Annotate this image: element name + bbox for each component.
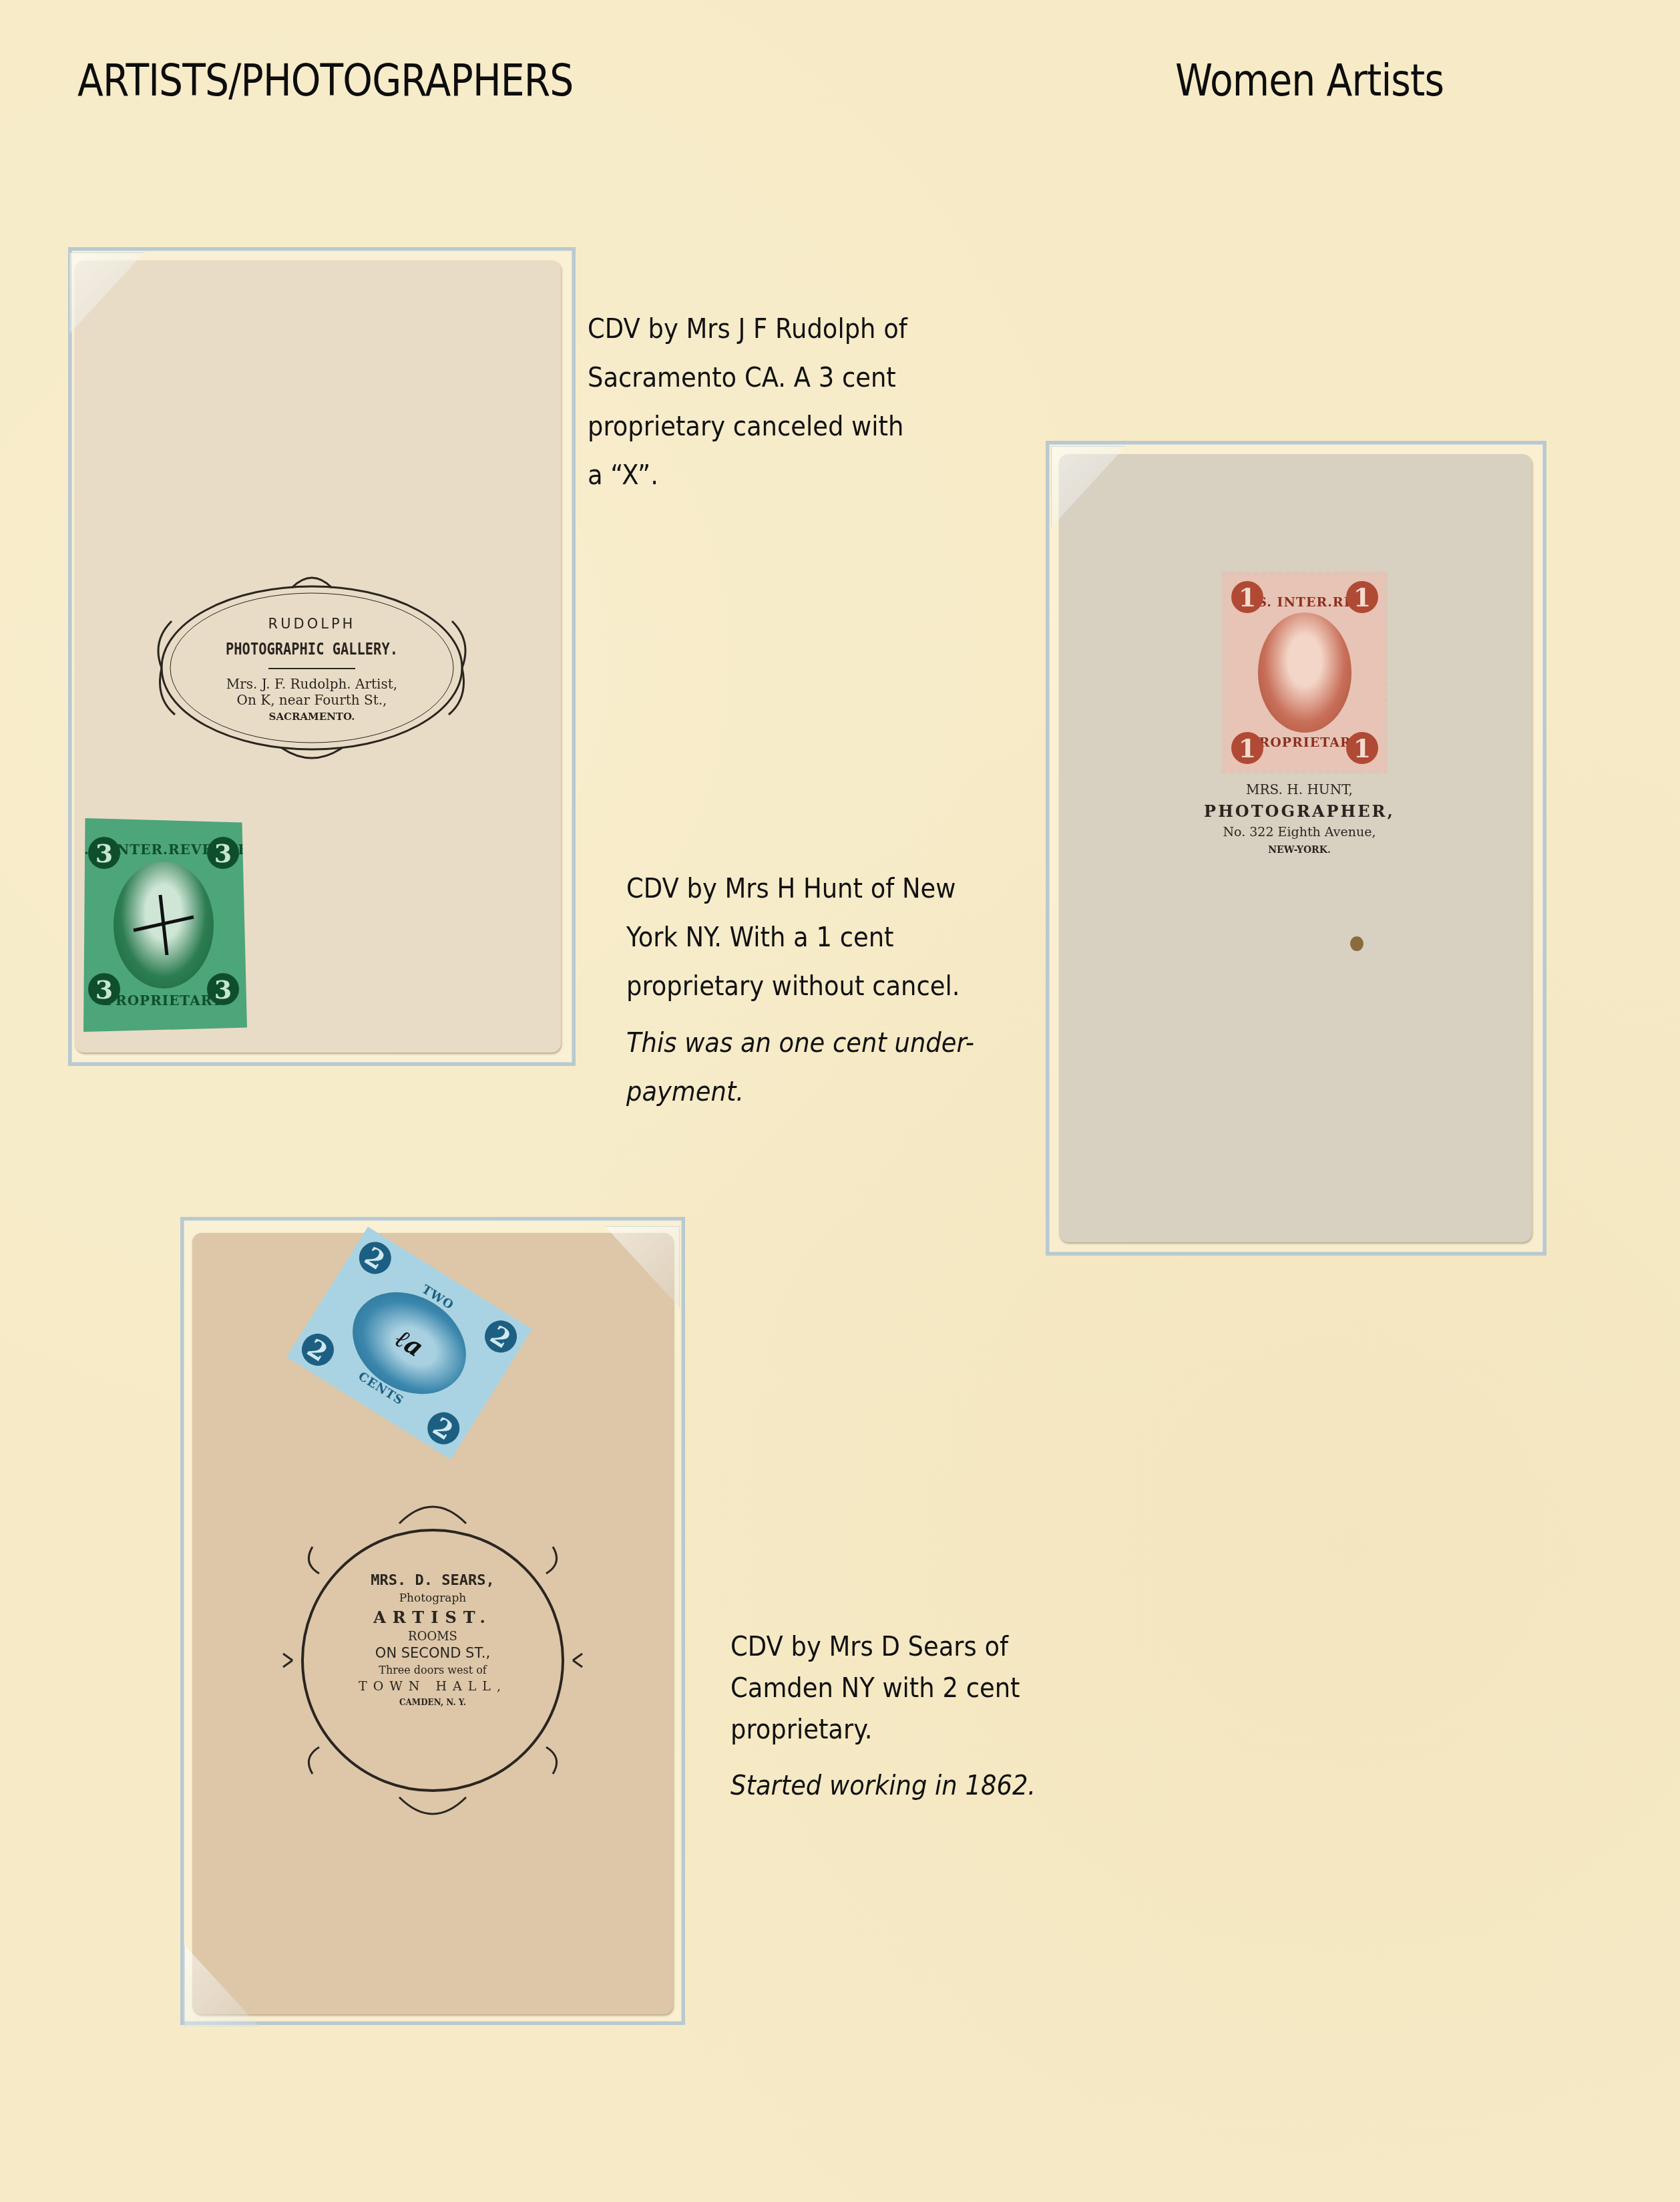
imprint-hunt: MRS. H. HUNT, PHOTOGRAPHER, No. 322 Eigh… <box>1159 781 1440 856</box>
ornamental-frame-icon <box>148 568 475 768</box>
cdv-card-hunt[interactable]: U.S. INTER.REV. PROPRIETARY 1 1 1 1 MRS.… <box>1059 454 1532 1242</box>
caption-note: Started working in 1862. <box>730 1765 1036 1806</box>
denomination: 1 <box>1231 732 1263 764</box>
manuscript-cancel-icon: ℓa <box>389 1323 429 1364</box>
denomination: 1 <box>1346 732 1378 764</box>
stamp-bottom-text: PROPRIETARY <box>1249 735 1361 750</box>
caption-note: This was an one cent under- <box>626 1019 974 1067</box>
revenue-stamp-2-cent: TWO ℓa CENTS 2 2 2 2 <box>286 1227 532 1460</box>
denomination: 2 <box>353 1236 397 1280</box>
denomination: 1 <box>1231 581 1263 613</box>
imprint-line: No. 322 Eighth Avenue, <box>1159 825 1440 840</box>
denomination: 2 <box>296 1328 340 1372</box>
denomination: 2 <box>421 1406 465 1450</box>
photo-corner <box>605 1226 680 1308</box>
imprint-sears: MRS. D. SEARS, Photograph ARTIST. ROOMS … <box>279 1493 586 1827</box>
section-title: ARTISTS/PHOTOGRAPHERS <box>77 55 573 106</box>
caption-note: payment. <box>626 1067 974 1116</box>
ornamental-frame-icon <box>279 1493 586 1827</box>
denomination: 2 <box>479 1314 523 1358</box>
photo-corner <box>1051 446 1126 528</box>
photo-corner <box>184 1945 259 2026</box>
denomination: 3 <box>88 973 120 1005</box>
imprint-line: PHOTOGRAPHER, <box>1159 801 1440 821</box>
denomination: 1 <box>1346 581 1378 613</box>
caption-line: proprietary. <box>730 1708 1036 1750</box>
denomination: 3 <box>88 837 120 869</box>
imprint-line: MRS. H. HUNT, <box>1159 781 1440 797</box>
revenue-stamp-3-cent: U.S. INTER.REVENUE. PROPRIETARY 3 3 3 3 <box>80 818 247 1032</box>
stamp-bottom-text: PROPRIETARY <box>105 992 222 1008</box>
cdv-card-sears[interactable]: TWO ℓa CENTS 2 2 2 2 MRS. D. SEARS, Phot… <box>192 1233 673 2014</box>
portrait-icon: ℓa <box>334 1272 485 1415</box>
caption-line: CDV by Mrs D Sears of <box>730 1626 1036 1667</box>
caption-line: CDV by Mrs H Hunt of New <box>626 864 974 913</box>
cancel-x-icon <box>130 892 197 958</box>
imprint-line: NEW-YORK. <box>1159 845 1440 856</box>
stain-spot <box>1350 936 1363 951</box>
caption-line: a “X”. <box>588 451 907 500</box>
page-subject-title: Women Artists <box>1175 55 1444 106</box>
revenue-stamp-1-cent: U.S. INTER.REV. PROPRIETARY 1 1 1 1 <box>1222 572 1388 773</box>
caption-rudolph: CDV by Mrs J F Rudolph of Sacramento CA.… <box>588 305 907 500</box>
caption-hunt: CDV by Mrs H Hunt of New York NY. With a… <box>626 864 974 1116</box>
caption-line: proprietary without cancel. <box>626 962 974 1011</box>
caption-sears: CDV by Mrs D Sears of Camden NY with 2 c… <box>730 1626 1036 1806</box>
photo-corner <box>69 252 144 334</box>
portrait-icon <box>1258 612 1351 733</box>
caption-line: Sacramento CA. A 3 cent <box>588 353 907 402</box>
caption-line: CDV by Mrs J F Rudolph of <box>588 305 907 353</box>
denomination: 3 <box>207 837 239 869</box>
denomination: 3 <box>207 973 239 1005</box>
caption-line: York NY. With a 1 cent <box>626 913 974 962</box>
cdv-card-rudolph[interactable]: RUDOLPH PHOTOGRAPHIC GALLERY. Mrs. J. F.… <box>75 260 561 1053</box>
imprint-rudolph: RUDOLPH PHOTOGRAPHIC GALLERY. Mrs. J. F.… <box>148 568 475 768</box>
caption-line: Camden NY with 2 cent <box>730 1667 1036 1708</box>
portrait-icon <box>114 862 214 988</box>
caption-line: proprietary canceled with <box>588 402 907 451</box>
imprint-line: PHOTOGRAPHIC GALLERY. <box>173 640 451 659</box>
